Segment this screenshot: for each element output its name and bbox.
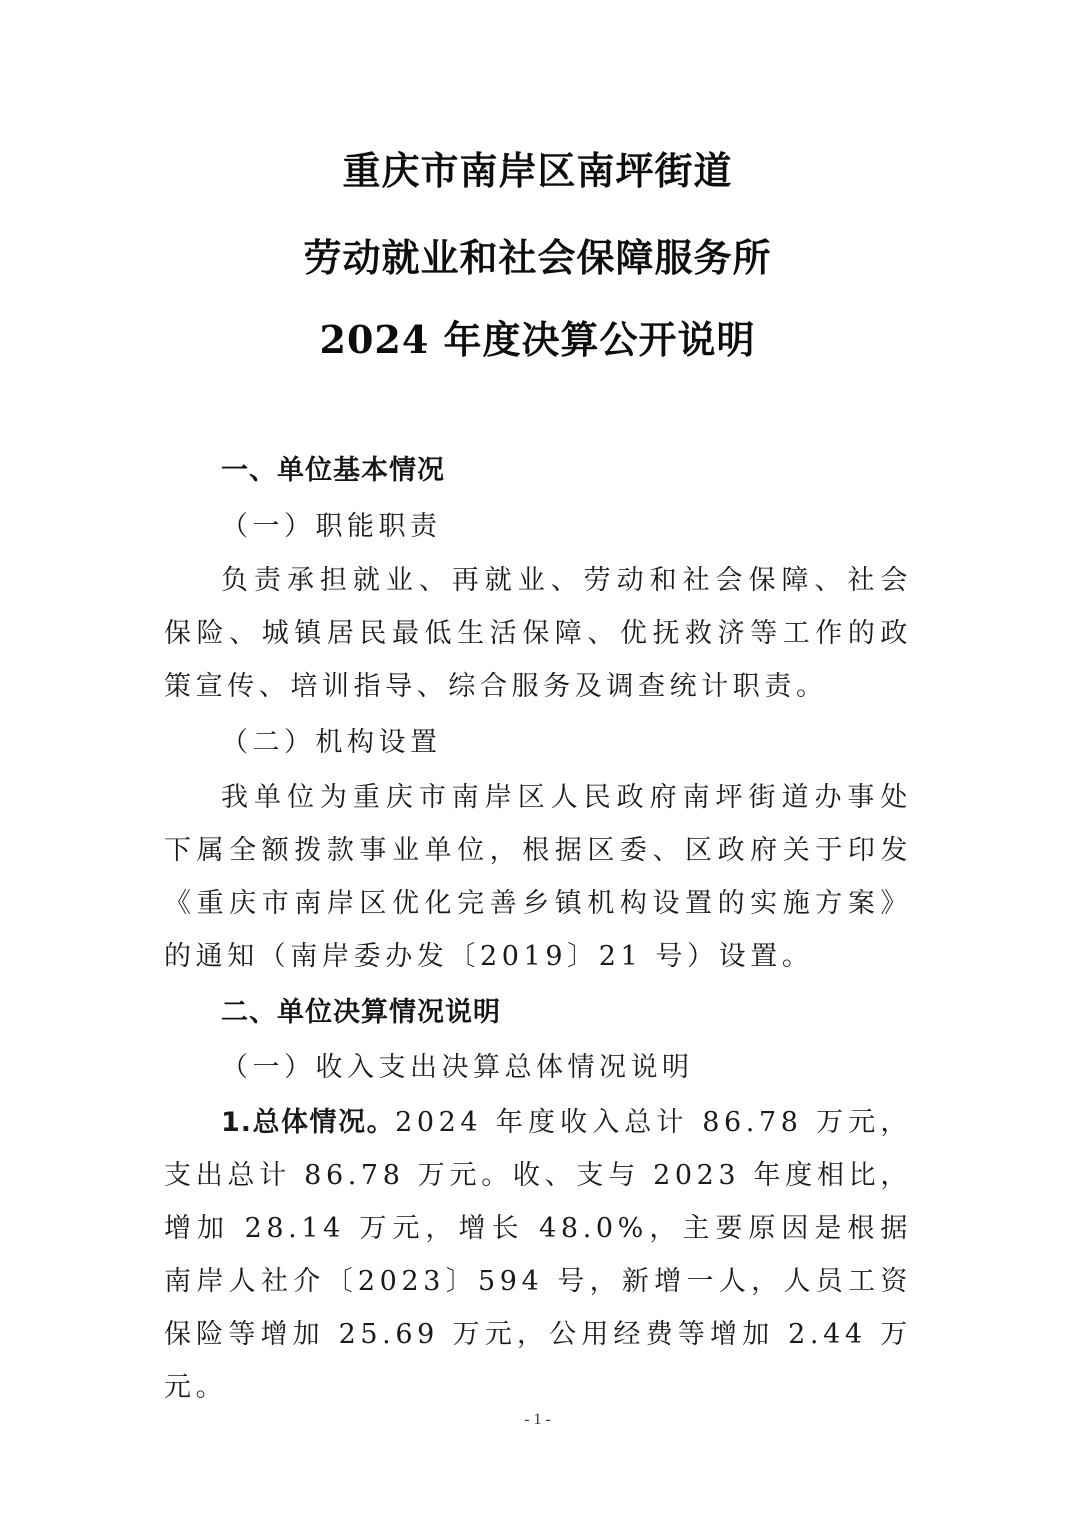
document-page: 重庆市南岸区南坪街道 劳动就业和社会保障服务所 2024 年度决算公开说明 一、… xyxy=(0,0,1075,1520)
document-title-line-1: 重庆市南岸区南坪街道 xyxy=(0,146,1075,196)
subsection-heading-income-expense: （一）收入支出决算总体情况说明 xyxy=(221,1041,694,1094)
section-heading-basic-info: 一、单位基本情况 xyxy=(221,444,445,497)
paragraph-functions: 负责承担就业、再就业、劳动和社会保障、社会保险、城镇居民最低生活保障、优抚救济等… xyxy=(164,554,912,713)
section-heading-final-accounts: 二、单位决算情况说明 xyxy=(221,986,501,1039)
paragraph-organization: 我单位为重庆市南岸区人民政府南坪街道办事处下属全额拨款事业单位，根据区委、区政府… xyxy=(164,771,912,983)
page-number: - 1 - xyxy=(0,1410,1075,1430)
document-title-line-3: 2024 年度决算公开说明 xyxy=(0,315,1075,365)
subsection-heading-organization: （二）机构设置 xyxy=(221,716,442,769)
document-title-line-2: 劳动就业和社会保障服务所 xyxy=(0,233,1075,283)
paragraph-lead: 1.总体情况。 xyxy=(221,1107,395,1138)
paragraph-overall-text: 2024 年度收入总计 86.78 万元，支出总计 86.78 万元。收、支与 … xyxy=(164,1107,912,1403)
paragraph-overall-situation: 1.总体情况。2024 年度收入总计 86.78 万元，支出总计 86.78 万… xyxy=(164,1096,912,1414)
subsection-heading-functions: （一）职能职责 xyxy=(221,500,442,553)
